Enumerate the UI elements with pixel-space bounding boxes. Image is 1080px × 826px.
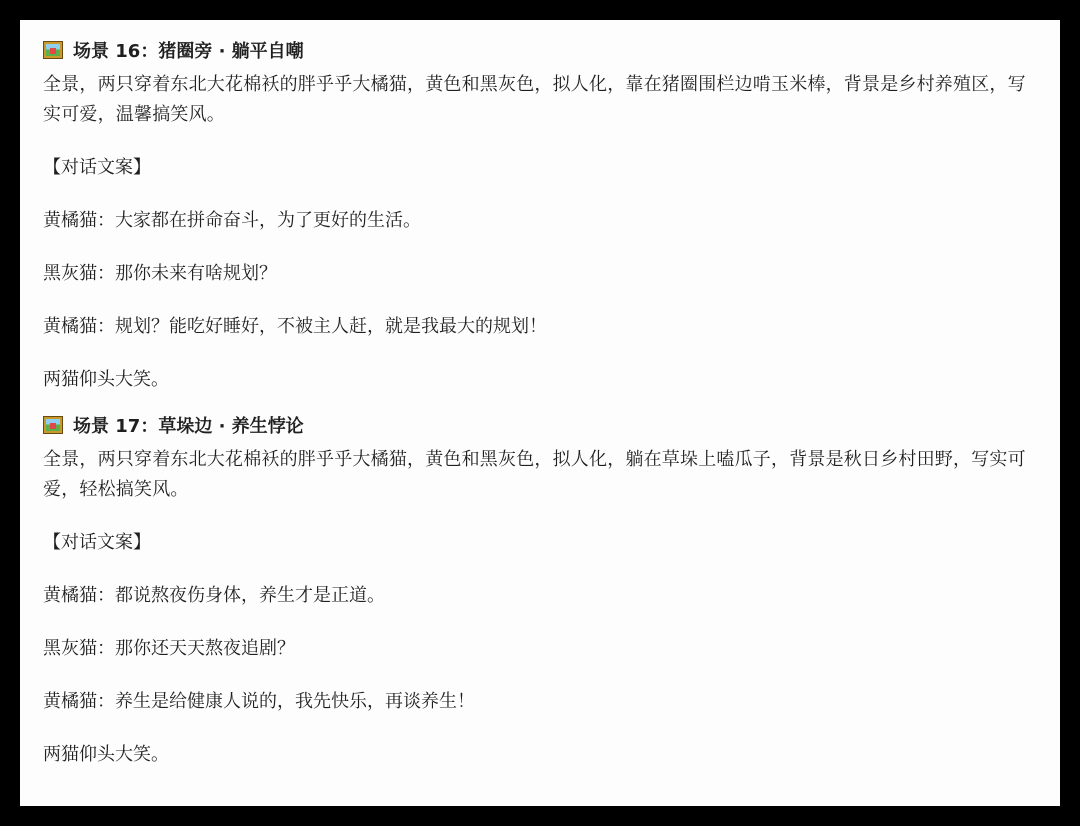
- dialogue-line: 黄橘猫：都说熬夜伤身体，养生才是正道。: [43, 581, 1033, 611]
- dialogue-line: 黄橘猫：大家都在拼命奋斗，为了更好的生活。: [43, 206, 1033, 236]
- dialogue-header: 【对话文案】: [43, 153, 1033, 183]
- dialogue-line: 黄橘猫：规划？能吃好睡好，不被主人赶，就是我最大的规划！: [43, 312, 1033, 342]
- dialogue-line: 黑灰猫：那你未来有啥规划？: [43, 259, 1033, 289]
- document-viewport[interactable]: 两猫仰头大笑。 场景 16：猪圈旁 · 躺平自嘲 全景，两只穿着东北大花棉袄的胖…: [20, 20, 1060, 806]
- scene-17: 场景 17：草垛边 · 养生悖论 全景，两只穿着东北大花棉袄的胖乎乎大橘猫，黄色…: [43, 411, 1033, 770]
- scene-title-text: 场景 16：猪圈旁 · 躺平自嘲: [73, 37, 304, 63]
- dialogue-line: 黄橘猫：养生是给健康人说的，我先快乐，再谈养生！: [43, 687, 1033, 717]
- dialogue-line: 两猫仰头大笑。: [43, 365, 1033, 395]
- dialogue-line: 黑灰猫：那你还天天熬夜追剧？: [43, 634, 1033, 664]
- scene-description: 全景，两只穿着东北大花棉袄的胖乎乎大橘猫，黄色和黑灰色，拟人化，靠在猪圈围栏边啃…: [43, 70, 1033, 130]
- scene-title: 场景 16：猪圈旁 · 躺平自嘲: [43, 36, 1033, 64]
- document-content: 两猫仰头大笑。 场景 16：猪圈旁 · 躺平自嘲 全景，两只穿着东北大花棉袄的胖…: [43, 20, 1033, 770]
- framed-picture-icon: [43, 416, 63, 434]
- framed-picture-icon: [43, 41, 63, 59]
- scene-title-text: 场景 17：草垛边 · 养生悖论: [73, 412, 304, 438]
- dialogue-header: 【对话文案】: [43, 528, 1033, 558]
- scene-title: 场景 17：草垛边 · 养生悖论: [43, 411, 1033, 439]
- scene-16: 场景 16：猪圈旁 · 躺平自嘲 全景，两只穿着东北大花棉袄的胖乎乎大橘猫，黄色…: [43, 36, 1033, 395]
- scene-description: 全景，两只穿着东北大花棉袄的胖乎乎大橘猫，黄色和黑灰色，拟人化，躺在草垛上嗑瓜子…: [43, 445, 1033, 505]
- dialogue-line: 两猫仰头大笑。: [43, 740, 1033, 770]
